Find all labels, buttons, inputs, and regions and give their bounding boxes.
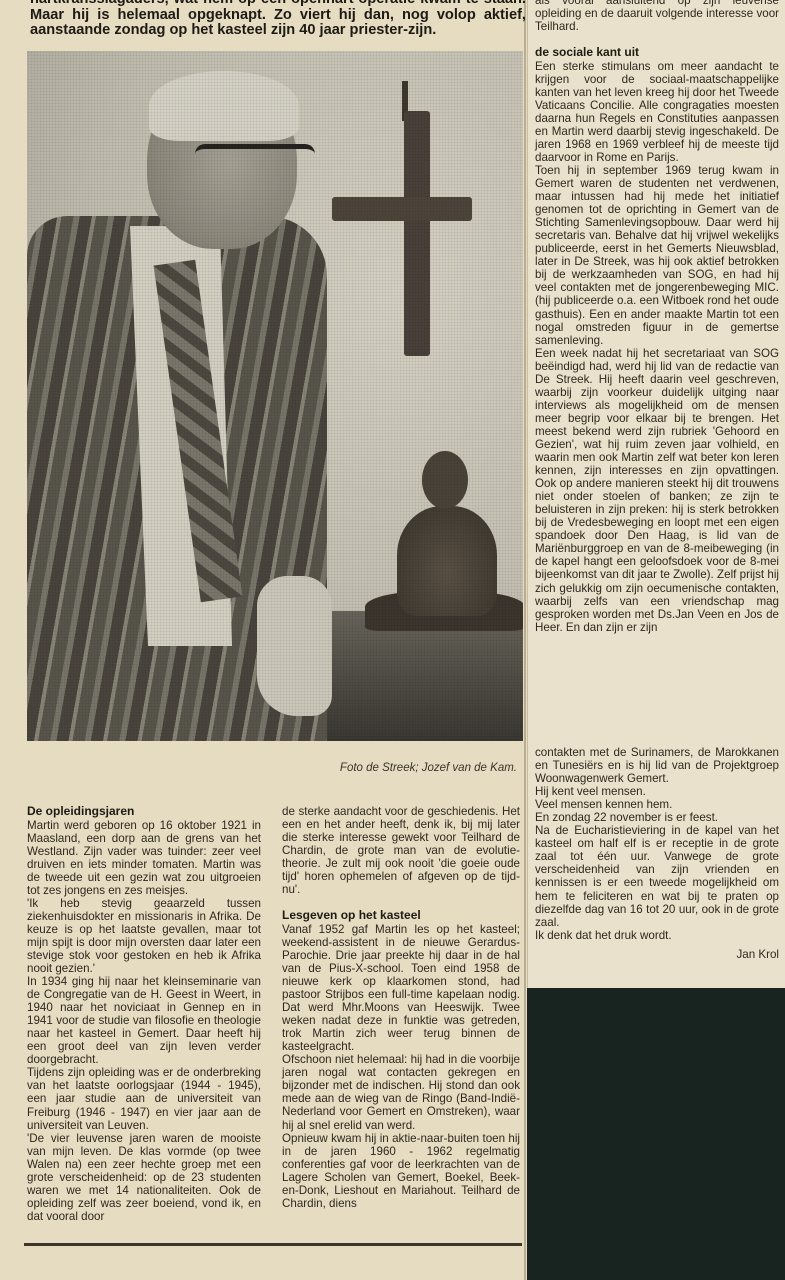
article-photo bbox=[27, 51, 523, 741]
clipping-edge bbox=[524, 0, 526, 1280]
paragraph: Opnieuw kwam hij in aktie-naar-buiten to… bbox=[282, 1132, 520, 1210]
paragraph: Toen hij in september 1969 terug kwam in… bbox=[535, 164, 779, 347]
cross-icon bbox=[404, 111, 430, 356]
paragraph: Ik denk dat het druk wordt. bbox=[535, 929, 779, 942]
cross-icon-bar bbox=[332, 197, 472, 221]
paragraph: Ofschoon niet helemaal: hij had in die v… bbox=[282, 1053, 520, 1131]
paragraph: Na de Eucharistieviering in de kapel van… bbox=[535, 824, 779, 928]
article-column-2: de sterke aandacht voor de geschiedenis.… bbox=[282, 805, 520, 1210]
paragraph: contakten met de Surinamers, de Marokkan… bbox=[535, 746, 779, 785]
paragraph: Martin werd geboren op 16 oktober 1921 i… bbox=[27, 819, 261, 897]
buddha-statue bbox=[397, 506, 497, 616]
paragraph: Hij kent veel mensen. bbox=[535, 785, 779, 798]
paragraph: Veel mensen kennen hem. bbox=[535, 798, 779, 811]
paragraph: als vooral aansluitend op zijn leuvense … bbox=[535, 0, 779, 33]
photo-caption: Foto de Streek; Jozef van de Kam. bbox=[27, 762, 517, 774]
quote-paragraph: 'De vier leuvense jaren waren de mooiste… bbox=[27, 1132, 261, 1223]
paragraph: Vanaf 1952 gaf Martin les op het kasteel… bbox=[282, 923, 520, 1053]
paragraph: En zondag 22 november is er feest. bbox=[535, 811, 779, 824]
article-column-3-continued: contakten met de Surinamers, de Marokkan… bbox=[535, 746, 779, 961]
buddha-statue-head bbox=[422, 451, 468, 509]
article-column-3: als vooral aansluitend op zijn leuvense … bbox=[535, 0, 779, 634]
quote-paragraph: 'Ik heb stevig geaarzeld tussen ziekenhu… bbox=[27, 897, 261, 975]
paragraph: de sterke aandacht voor de geschiedenis.… bbox=[282, 805, 520, 896]
paragraph: In 1934 ging hij naar het kleinseminarie… bbox=[27, 975, 261, 1066]
person-hair bbox=[149, 71, 299, 141]
author-byline: Jan Krol bbox=[535, 948, 779, 961]
person-hand bbox=[257, 576, 332, 716]
bottom-rule bbox=[24, 1243, 522, 1246]
paragraph: Een week nadat hij het secretariaat van … bbox=[535, 347, 779, 634]
section-heading: Lesgeven op het kasteel bbox=[282, 909, 520, 923]
person-glasses bbox=[195, 144, 315, 171]
section-heading: De opleidingsjaren bbox=[27, 805, 261, 819]
paragraph: Tijdens zijn opleiding was er de onderbr… bbox=[27, 1066, 261, 1131]
paragraph: Een sterke stimulans om meer aandacht te… bbox=[535, 60, 779, 164]
lead-paragraph: hartkransslagaders, wat hem op een openh… bbox=[30, 0, 526, 39]
scan-background bbox=[527, 988, 785, 1280]
section-heading: de sociale kant uit bbox=[535, 46, 779, 60]
article-column-1: De opleidingsjaren Martin werd geboren o… bbox=[27, 805, 261, 1223]
